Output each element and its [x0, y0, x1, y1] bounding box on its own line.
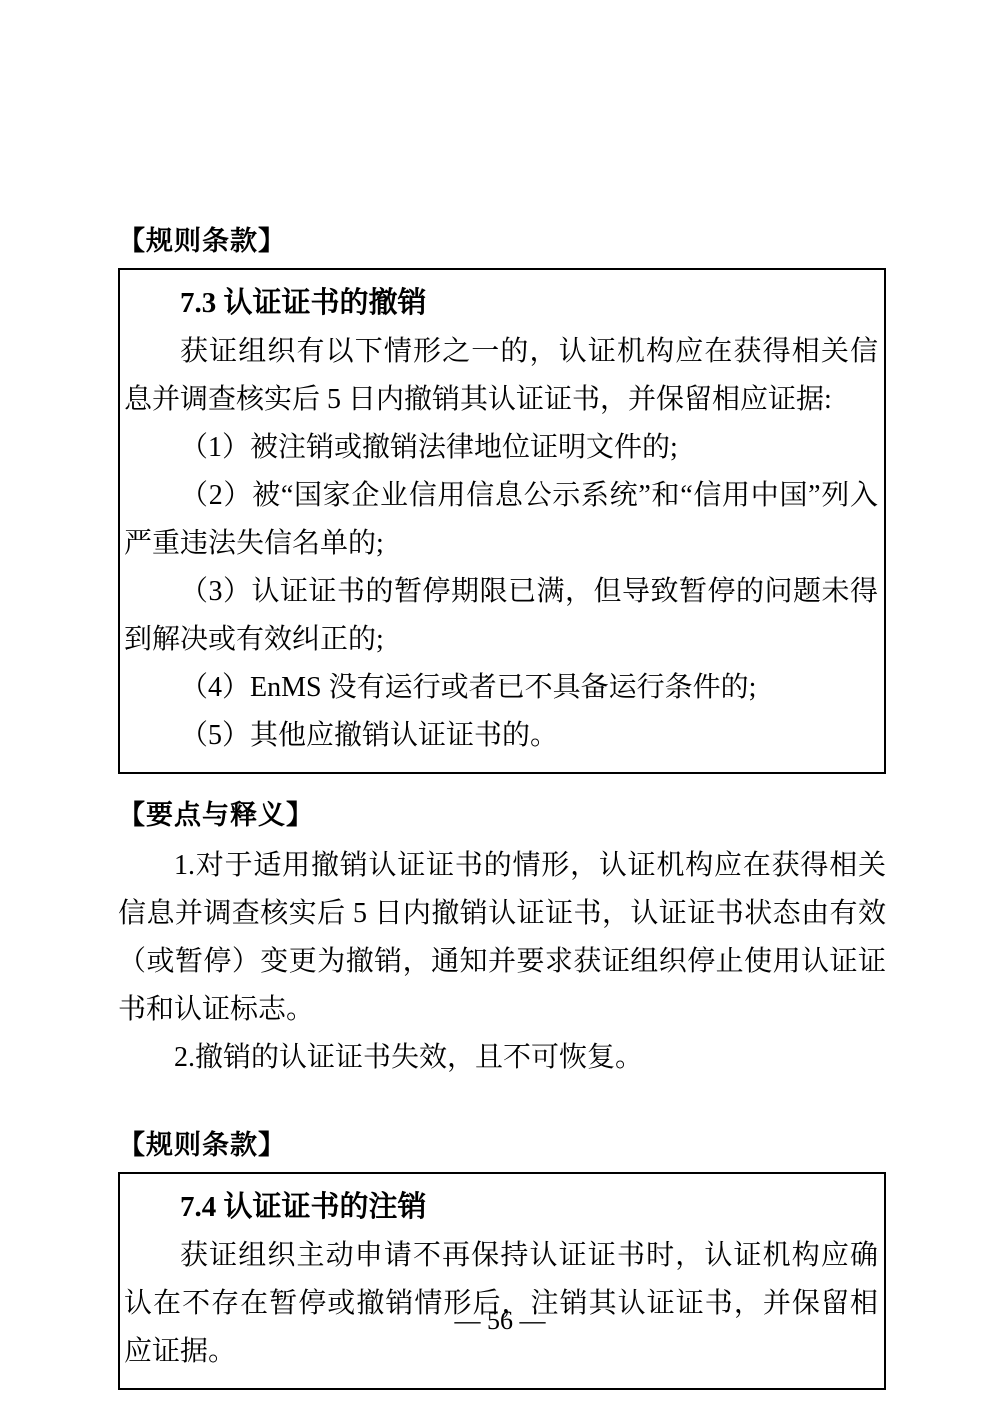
section-header-keypoints: 【要点与释义】 [118, 798, 886, 832]
rule-title-7-3: 7.3 认证证书的撤销 [124, 278, 878, 328]
rule-item-2: （2）被“国家企业信用信息公示系统”和“信用中国”列入严重违法失信名单的; [124, 472, 878, 568]
page-number: — 56 — [0, 1306, 1000, 1336]
section-header-rule-clause-1: 【规则条款】 [118, 224, 886, 258]
rule-item-3: （3）认证证书的暂停期限已满，但导致暂停的问题未得到解决或有效纠正的; [124, 568, 878, 664]
rule-title-7-4: 7.4 认证证书的注销 [124, 1182, 878, 1232]
rule-box-7-3: 7.3 认证证书的撤销 获证组织有以下情形之一的，认证机构应在获得相关信息并调查… [118, 268, 886, 774]
keypoint-paragraph-2: 2.撤销的认证证书失效，且不可恢复。 [118, 1034, 886, 1082]
section-header-rule-clause-2: 【规则条款】 [118, 1128, 886, 1162]
keypoint-paragraph-1: 1.对于适用撤销认证证书的情形，认证机构应在获得相关信息并调查核实后 5 日内撤… [118, 842, 886, 1034]
keypoints-block: 1.对于适用撤销认证证书的情形，认证机构应在获得相关信息并调查核实后 5 日内撤… [118, 842, 886, 1082]
rule-paragraph-7-4: 获证组织主动申请不再保持认证证书时，认证机构应确认在不存在暂停或撤销情形后，注销… [124, 1232, 878, 1376]
rule-box-7-4: 7.4 认证证书的注销 获证组织主动申请不再保持认证证书时，认证机构应确认在不存… [118, 1172, 886, 1390]
rule-paragraph-intro: 获证组织有以下情形之一的，认证机构应在获得相关信息并调查核实后 5 日内撤销其认… [124, 328, 878, 424]
rule-item-5: （5）其他应撤销认证证书的。 [124, 712, 878, 760]
document-page: 【规则条款】 7.3 认证证书的撤销 获证组织有以下情形之一的，认证机构应在获得… [0, 0, 1000, 1414]
rule-item-4: （4）EnMS 没有运行或者已不具备运行条件的; [124, 664, 878, 712]
rule-item-1: （1）被注销或撤销法律地位证明文件的; [124, 424, 878, 472]
